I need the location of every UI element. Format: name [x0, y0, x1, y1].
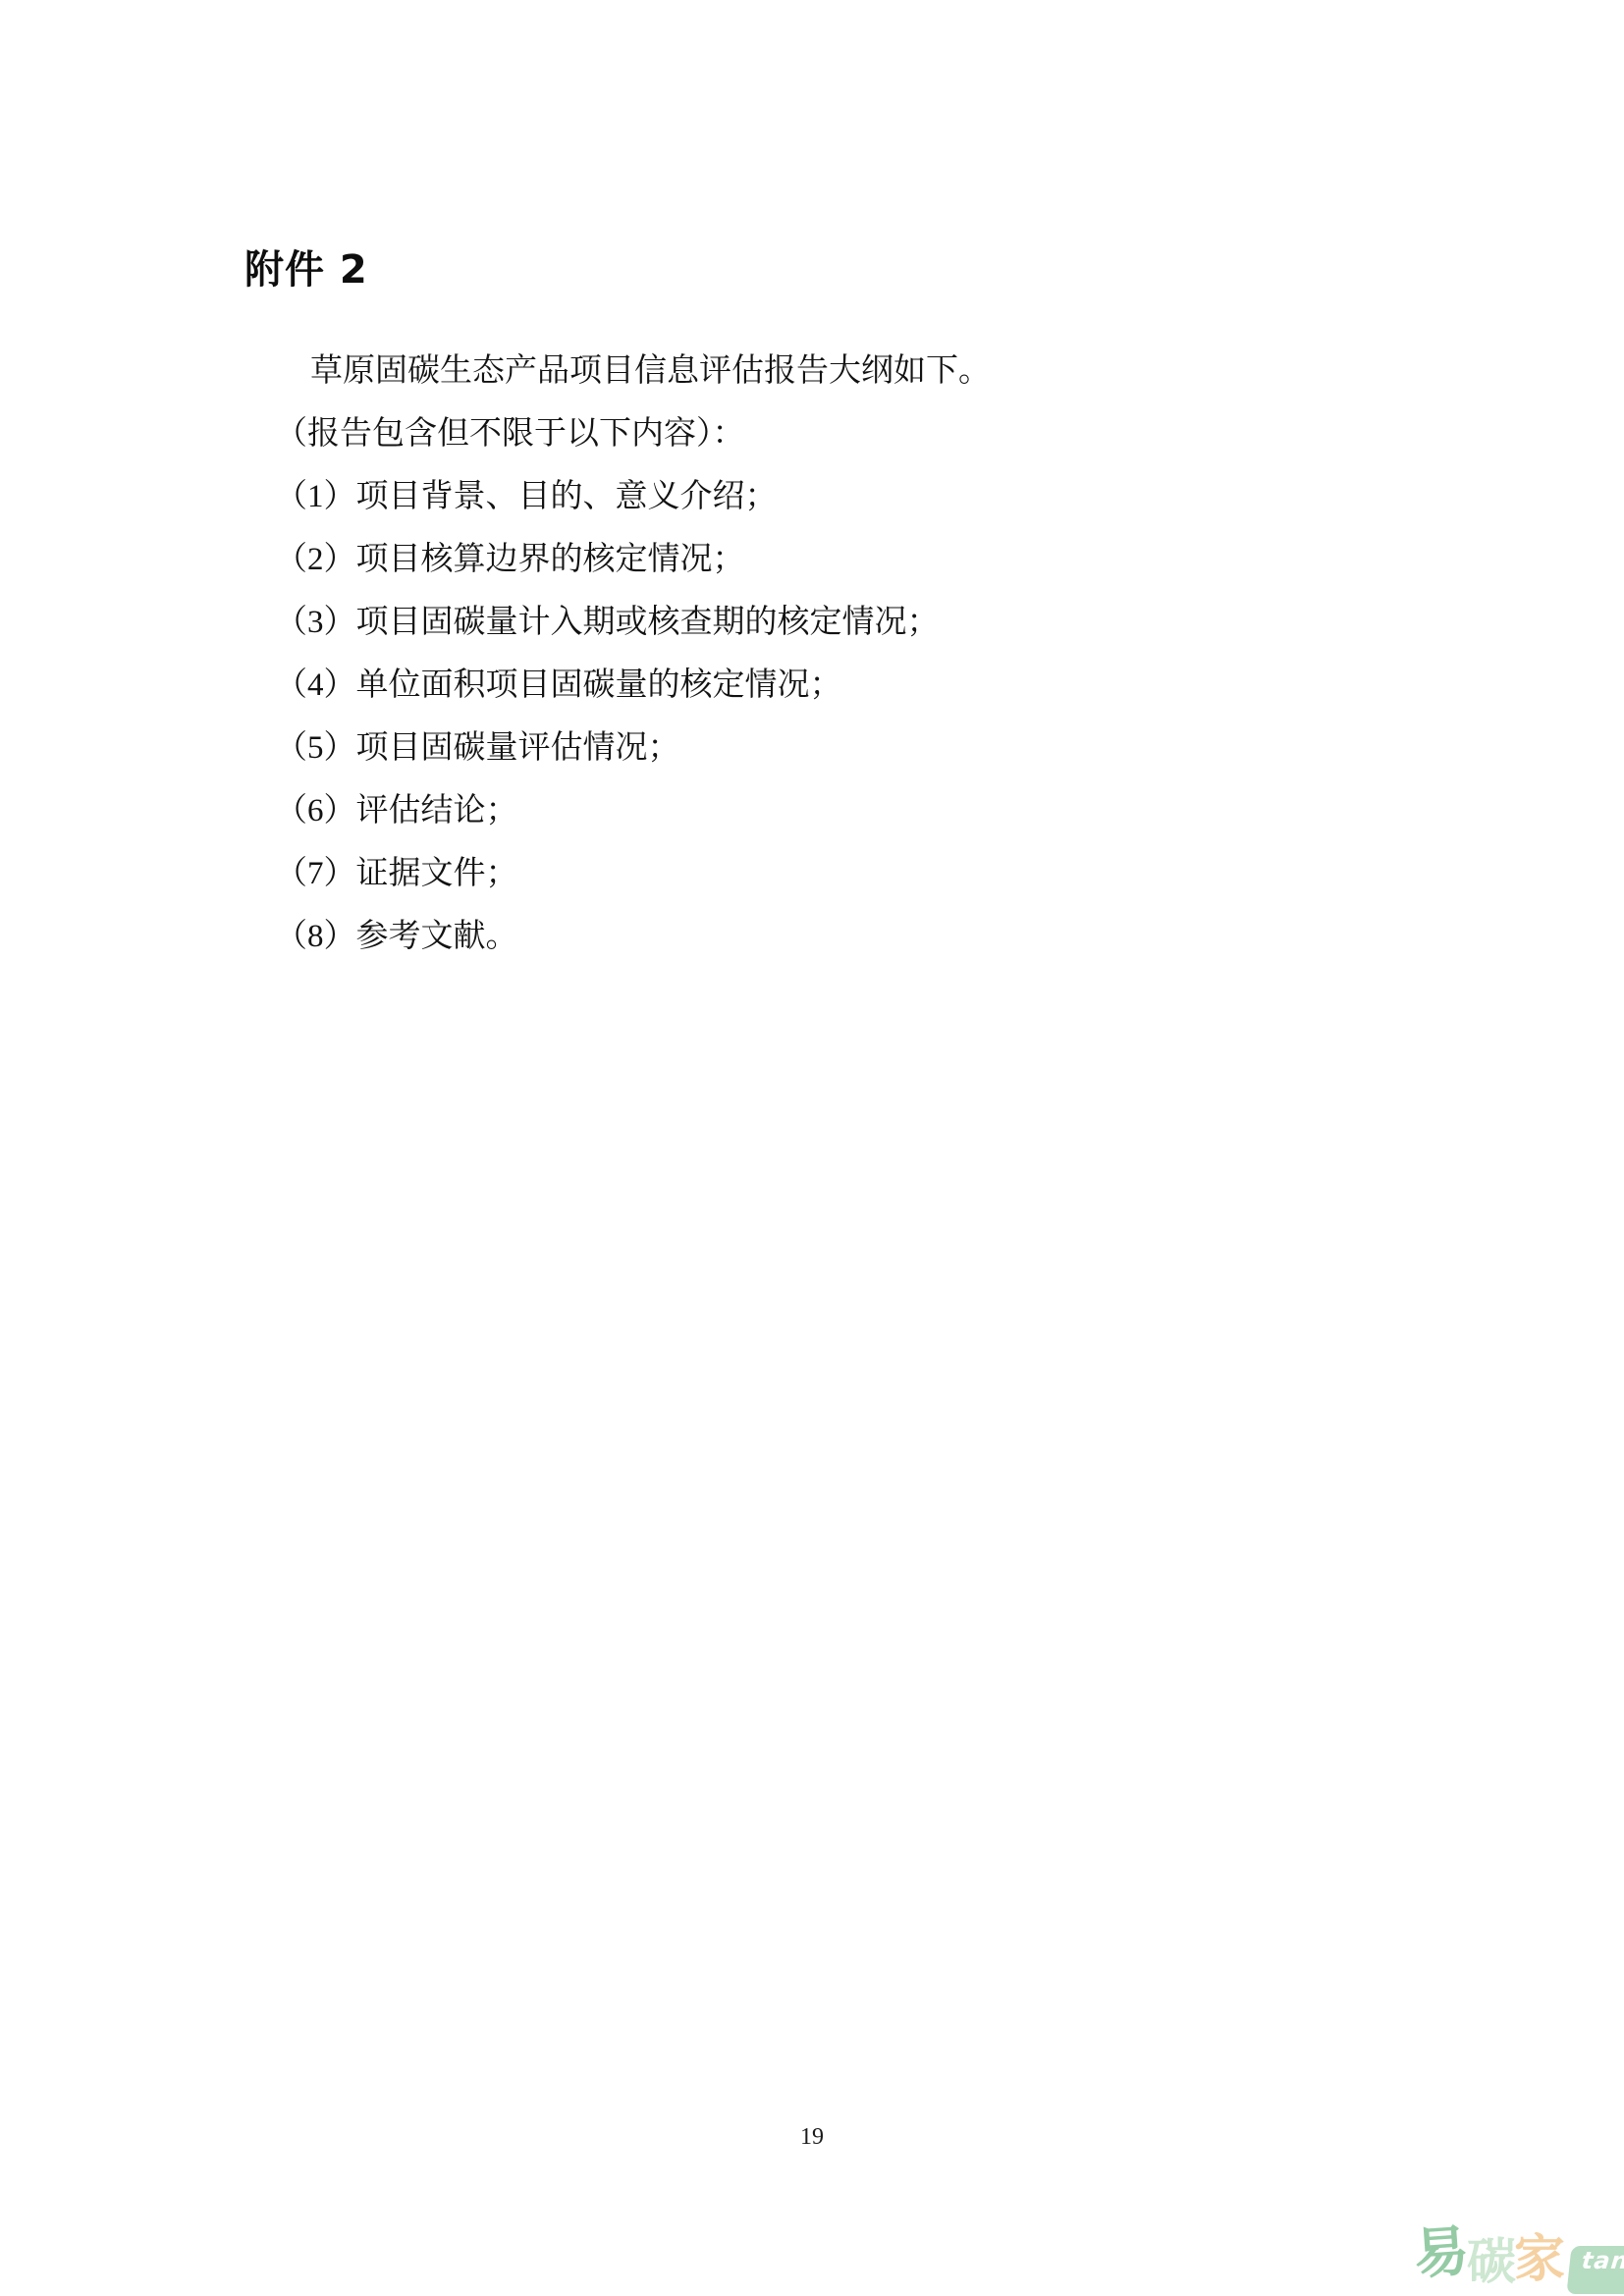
document-page: 附件 2 草原固碳生态产品项目信息评估报告大纲如下。 （报告包含但不限于以下内容… — [0, 0, 1624, 2296]
outline-item-8: （8）参考文献。 — [245, 905, 1394, 968]
watermark-logo: 易碳家 tanjiaoyi .com — [1414, 2224, 1624, 2293]
intro-paragraph: 草原固碳生态产品项目信息评估报告大纲如下。 — [245, 340, 1394, 402]
outline-item-3: （3）项目固碳量计入期或核查期的核定情况； — [245, 591, 1394, 654]
note-paragraph: （报告包含但不限于以下内容）： — [245, 402, 1394, 465]
outline-item-1: （1）项目背景、目的、意义介绍； — [245, 465, 1394, 528]
outline-item-6: （6）评估结论； — [245, 779, 1394, 842]
watermark-char-jia: 家 — [1514, 2224, 1565, 2289]
watermark-com-text: .com — [1579, 2272, 1624, 2290]
outline-item-2: （2）项目核算边界的核定情况； — [245, 528, 1394, 591]
outline-item-7: （7）证据文件； — [245, 842, 1394, 905]
outline-item-5: （5）项目固碳量评估情况； — [245, 717, 1394, 779]
watermark-char-tan: 碳 — [1467, 2224, 1516, 2291]
attachment-heading: 附件 2 — [244, 246, 368, 294]
watermark-char-yi: 易 — [1412, 2222, 1471, 2285]
watermark-domain-text: tanjiaoyi — [1581, 2249, 1624, 2272]
document-body: 草原固碳生态产品项目信息评估报告大纲如下。 （报告包含但不限于以下内容）： （1… — [245, 340, 1394, 968]
watermark-domain-box: tanjiaoyi .com — [1566, 2246, 1624, 2294]
outline-item-4: （4）单位面积项目固碳量的核定情况； — [245, 654, 1394, 717]
page-number: 19 — [0, 2122, 1624, 2152]
